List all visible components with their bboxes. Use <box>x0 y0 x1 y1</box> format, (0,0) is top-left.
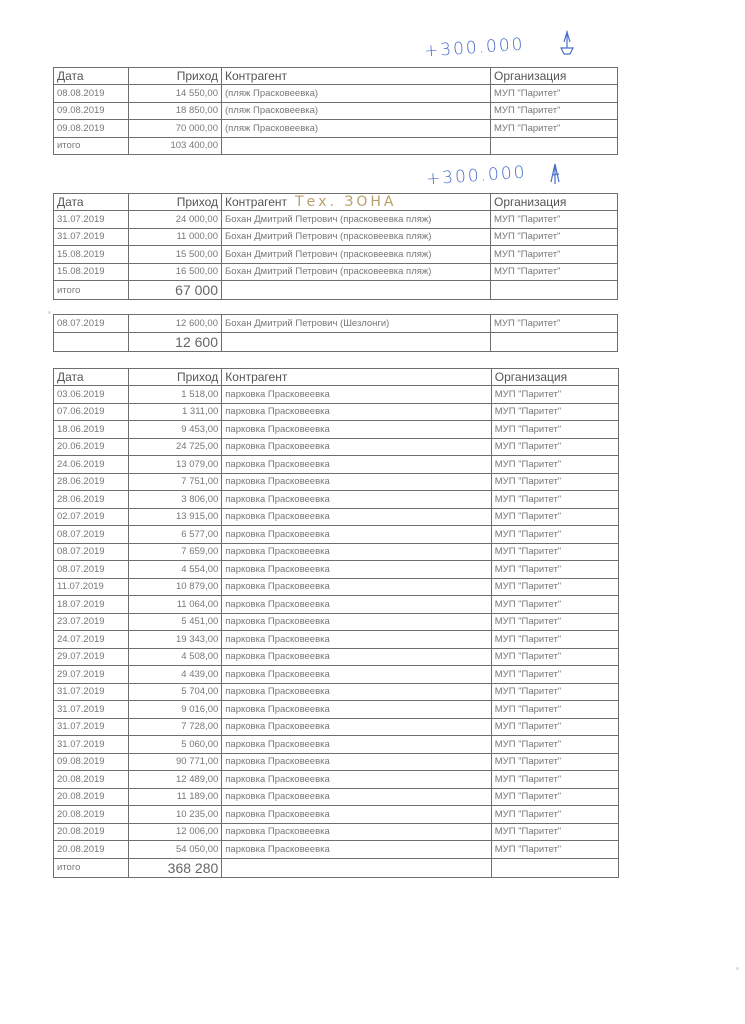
table-row: 28.06.20193 806,00парковка ПрасковеевкаМ… <box>54 491 619 509</box>
cell-organization: МУП "Паритет" <box>491 228 618 246</box>
table-row: 08.07.20197 659,00парковка ПрасковеевкаМ… <box>54 543 619 561</box>
total-label <box>54 332 129 351</box>
cell-organization: МУП "Паритет" <box>491 596 618 614</box>
cell-date: 31.07.2019 <box>54 228 129 246</box>
cell-organization: МУП "Паритет" <box>491 841 618 859</box>
cell-income: 12 600,00 <box>129 315 222 333</box>
cell-organization: МУП "Паритет" <box>491 508 618 526</box>
cell-counterparty: парковка Прасковеевка <box>222 788 491 806</box>
header-counterparty: Контрагент <box>222 369 491 386</box>
scan-speck <box>736 967 739 970</box>
header-date: Дата <box>54 369 129 386</box>
cell-counterparty: парковка Прасковеевка <box>222 613 491 631</box>
handwritten-tech-zone-note: Тех. ЗОНА <box>295 194 396 210</box>
handwritten-note-second: +300.000 <box>425 163 527 190</box>
loungers-income-table: 08.07.201912 600,00Бохан Дмитрий Петрови… <box>53 314 618 352</box>
cell-organization: МУП "Паритет" <box>491 561 618 579</box>
cell-date: 03.06.2019 <box>54 386 129 404</box>
cell-date: 29.07.2019 <box>54 666 129 684</box>
cell-date: 08.07.2019 <box>54 561 129 579</box>
cell-income: 12 006,00 <box>129 823 222 841</box>
beach-income-table: Дата Приход Контрагент Организация 08.08… <box>53 67 618 155</box>
cell-counterparty: парковка Прасковеевка <box>222 771 491 789</box>
cell-organization: МУП "Паритет" <box>491 403 618 421</box>
cell-organization: МУП "Паритет" <box>491 473 618 491</box>
cell-date: 08.07.2019 <box>54 315 129 333</box>
table-row: 24.06.201913 079,00парковка Прасковеевка… <box>54 456 619 474</box>
total-row: итого 368 280 <box>54 858 619 877</box>
header-organization: Организация <box>491 194 618 211</box>
cell-organization: МУП "Паритет" <box>491 315 618 333</box>
cell-date: 18.07.2019 <box>54 596 129 614</box>
cell-income: 4 554,00 <box>129 561 222 579</box>
cell-counterparty: парковка Прасковеевка <box>222 473 491 491</box>
cell-counterparty: парковка Прасковеевка <box>222 736 491 754</box>
table-row: 28.06.20197 751,00парковка ПрасковеевкаМ… <box>54 473 619 491</box>
cell-date: 20.08.2019 <box>54 841 129 859</box>
cell-date: 31.07.2019 <box>54 736 129 754</box>
cell-organization: МУП "Паритет" <box>491 578 618 596</box>
tech-zone-income-table: Дата Приход КонтрагентТех. ЗОНА Организа… <box>53 193 618 300</box>
cell-organization: МУП "Паритет" <box>491 543 618 561</box>
table-row: 24.07.201919 343,00парковка Прасковеевка… <box>54 631 619 649</box>
cell-counterparty: парковка Прасковеевка <box>222 718 491 736</box>
table-row: 20.08.201912 489,00парковка Прасковеевка… <box>54 771 619 789</box>
signature-mark-icon <box>560 30 574 56</box>
table-row: 20.08.201912 006,00парковка Прасковеевка… <box>54 823 619 841</box>
cell-income: 3 806,00 <box>129 491 222 509</box>
header-counterparty: КонтрагентТех. ЗОНА <box>222 194 491 211</box>
table-row: 31.07.20195 704,00парковка ПрасковеевкаМ… <box>54 683 619 701</box>
cell-date: 07.06.2019 <box>54 403 129 421</box>
header-income: Приход <box>129 68 222 85</box>
cell-income: 7 751,00 <box>129 473 222 491</box>
cell-income: 10 879,00 <box>129 578 222 596</box>
cell-organization: МУП "Паритет" <box>491 263 618 281</box>
cell-income: 90 771,00 <box>129 753 222 771</box>
cell-counterparty: парковка Прасковеевка <box>222 386 491 404</box>
table-header: Дата Приход Контрагент Организация <box>54 369 619 386</box>
cell-counterparty: Бохан Дмитрий Петрович (прасковеевка пля… <box>222 228 491 246</box>
cell-organization: МУП "Паритет" <box>491 823 618 841</box>
cell-income: 12 489,00 <box>129 771 222 789</box>
cell-date: 31.07.2019 <box>54 718 129 736</box>
table-row: 15.08.201916 500,00Бохан Дмитрий Петрови… <box>54 263 618 281</box>
cell-income: 1 311,00 <box>129 403 222 421</box>
cell-date: 31.07.2019 <box>54 701 129 719</box>
table-row: 20.08.201910 235,00парковка Прасковеевка… <box>54 806 619 824</box>
cell-counterparty: Бохан Дмитрий Петрович (Шезлонги) <box>222 315 491 333</box>
cell-income: 11 189,00 <box>129 788 222 806</box>
table-row: 31.07.201911 000,00Бохан Дмитрий Петрови… <box>54 228 618 246</box>
cell-organization: МУП "Паритет" <box>491 788 618 806</box>
parking-income-table: Дата Приход Контрагент Организация 03.06… <box>53 368 619 878</box>
header-income: Приход <box>129 369 222 386</box>
cell-income: 5 704,00 <box>129 683 222 701</box>
cell-income: 4 439,00 <box>129 666 222 684</box>
cell-income: 24 725,00 <box>129 438 222 456</box>
total-value: 103 400,00 <box>129 137 222 155</box>
cell-income: 13 079,00 <box>129 456 222 474</box>
table-header: Дата Приход Контрагент Организация <box>54 68 618 85</box>
cell-counterparty: парковка Прасковеевка <box>222 438 491 456</box>
cell-date: 09.08.2019 <box>54 102 129 120</box>
cell-date: 31.07.2019 <box>54 683 129 701</box>
table-row: 23.07.20195 451,00парковка ПрасковеевкаМ… <box>54 613 619 631</box>
cell-counterparty: парковка Прасковеевка <box>222 701 491 719</box>
table-row: 20.08.201911 189,00парковка Прасковеевка… <box>54 788 619 806</box>
cell-date: 18.06.2019 <box>54 421 129 439</box>
table-row: 20.06.201924 725,00парковка Прасковеевка… <box>54 438 619 456</box>
cell-counterparty: парковка Прасковеевка <box>222 491 491 509</box>
cell-organization: МУП "Паритет" <box>491 718 618 736</box>
cell-organization: МУП "Паритет" <box>491 613 618 631</box>
cell-income: 11 000,00 <box>129 228 222 246</box>
cell-organization: МУП "Паритет" <box>491 631 618 649</box>
cell-date: 28.06.2019 <box>54 473 129 491</box>
total-value: 12 600 <box>129 332 222 351</box>
cell-date: 20.06.2019 <box>54 438 129 456</box>
table-row: 03.06.20191 518,00парковка ПрасковеевкаМ… <box>54 386 619 404</box>
cell-date: 23.07.2019 <box>54 613 129 631</box>
cell-counterparty: парковка Прасковеевка <box>222 666 491 684</box>
cell-organization: МУП "Паритет" <box>491 701 618 719</box>
cell-income: 18 850,00 <box>129 102 222 120</box>
table-row: 31.07.201924 000,00Бохан Дмитрий Петрови… <box>54 211 618 229</box>
cell-counterparty: парковка Прасковеевка <box>222 753 491 771</box>
cell-organization: МУП "Паритет" <box>491 246 618 264</box>
cell-date: 09.08.2019 <box>54 120 129 138</box>
cell-organization: МУП "Паритет" <box>491 421 618 439</box>
cell-income: 9 016,00 <box>129 701 222 719</box>
table-row: 11.07.201910 879,00парковка Прасковеевка… <box>54 578 619 596</box>
table-row: 02.07.201913 915,00парковка Прасковеевка… <box>54 508 619 526</box>
cell-date: 15.08.2019 <box>54 246 129 264</box>
cell-counterparty: (пляж Прасковеевка) <box>222 120 491 138</box>
cell-date: 31.07.2019 <box>54 211 129 229</box>
cell-date: 20.08.2019 <box>54 788 129 806</box>
table-row: 09.08.201918 850,00 (пляж Прасковеевка)М… <box>54 102 618 120</box>
table-row: 31.07.20199 016,00парковка ПрасковеевкаМ… <box>54 701 619 719</box>
cell-counterparty: парковка Прасковеевка <box>222 421 491 439</box>
cell-counterparty: парковка Прасковеевка <box>222 508 491 526</box>
cell-date: 11.07.2019 <box>54 578 129 596</box>
table-row: 29.07.20194 508,00парковка ПрасковеевкаМ… <box>54 648 619 666</box>
cell-counterparty: парковка Прасковеевка <box>222 456 491 474</box>
cell-date: 28.06.2019 <box>54 491 129 509</box>
total-value: 67 000 <box>129 281 222 300</box>
cell-date: 08.07.2019 <box>54 543 129 561</box>
scan-speck <box>48 311 51 314</box>
table-row: 31.07.20197 728,00парковка ПрасковеевкаМ… <box>54 718 619 736</box>
cell-income: 54 050,00 <box>129 841 222 859</box>
cell-organization: МУП "Паритет" <box>491 102 618 120</box>
table-row: 08.08.201914 550,00 (пляж Прасковеевка)М… <box>54 85 618 103</box>
cell-income: 4 508,00 <box>129 648 222 666</box>
cell-counterparty: парковка Прасковеевка <box>222 841 491 859</box>
cell-counterparty: парковка Прасковеевка <box>222 403 491 421</box>
cell-date: 29.07.2019 <box>54 648 129 666</box>
cell-organization: МУП "Паритет" <box>491 771 618 789</box>
cell-counterparty: парковка Прасковеевка <box>222 683 491 701</box>
cell-date: 20.08.2019 <box>54 771 129 789</box>
cell-income: 7 728,00 <box>129 718 222 736</box>
total-value: 368 280 <box>129 858 222 877</box>
cell-income: 7 659,00 <box>129 543 222 561</box>
table-row: 20.08.201954 050,00парковка Прасковеевка… <box>54 841 619 859</box>
table-row: 08.07.20196 577,00парковка ПрасковеевкаМ… <box>54 526 619 544</box>
cell-counterparty: (пляж Прасковеевка) <box>222 102 491 120</box>
cell-income: 6 577,00 <box>129 526 222 544</box>
cell-income: 16 500,00 <box>129 263 222 281</box>
cell-organization: МУП "Паритет" <box>491 753 618 771</box>
header-date: Дата <box>54 68 129 85</box>
cell-income: 14 550,00 <box>129 85 222 103</box>
cell-counterparty: парковка Прасковеевка <box>222 806 491 824</box>
cell-income: 19 343,00 <box>129 631 222 649</box>
table-row: 09.08.201970 000,00 (пляж Прасковеевка)М… <box>54 120 618 138</box>
cell-counterparty: (пляж Прасковеевка) <box>222 85 491 103</box>
cell-counterparty: парковка Прасковеевка <box>222 823 491 841</box>
cell-counterparty: парковка Прасковеевка <box>222 631 491 649</box>
total-row: итого 103 400,00 <box>54 137 618 155</box>
cell-income: 5 451,00 <box>129 613 222 631</box>
cell-organization: МУП "Паритет" <box>491 120 618 138</box>
table-row: 07.06.20191 311,00парковка ПрасковеевкаМ… <box>54 403 619 421</box>
cell-counterparty: Бохан Дмитрий Петрович (прасковеевка пля… <box>222 211 491 229</box>
cell-organization: МУП "Паритет" <box>491 491 618 509</box>
cell-date: 24.07.2019 <box>54 631 129 649</box>
header-income: Приход <box>129 194 222 211</box>
header-counterparty: Контрагент <box>222 68 491 85</box>
cell-organization: МУП "Паритет" <box>491 386 618 404</box>
cell-counterparty: парковка Прасковеевка <box>222 648 491 666</box>
header-counterparty-label: Контрагент <box>225 195 287 209</box>
cell-date: 09.08.2019 <box>54 753 129 771</box>
total-label: итого <box>54 858 129 877</box>
cell-organization: МУП "Паритет" <box>491 648 618 666</box>
table-row: 31.07.20195 060,00парковка ПрасковеевкаМ… <box>54 736 619 754</box>
cell-counterparty: парковка Прасковеевка <box>222 526 491 544</box>
cell-income: 11 064,00 <box>129 596 222 614</box>
table-row: 08.07.201912 600,00Бохан Дмитрий Петрови… <box>54 315 618 333</box>
cell-counterparty: парковка Прасковеевка <box>222 596 491 614</box>
cell-organization: МУП "Паритет" <box>491 211 618 229</box>
cell-income: 70 000,00 <box>129 120 222 138</box>
cell-organization: МУП "Паритет" <box>491 526 618 544</box>
cell-date: 02.07.2019 <box>54 508 129 526</box>
cell-organization: МУП "Паритет" <box>491 736 618 754</box>
signature-mark-icon <box>548 160 562 186</box>
cell-organization: МУП "Паритет" <box>491 806 618 824</box>
cell-counterparty: парковка Прасковеевка <box>222 578 491 596</box>
cell-income: 1 518,00 <box>129 386 222 404</box>
cell-organization: МУП "Паритет" <box>491 456 618 474</box>
header-organization: Организация <box>491 369 618 386</box>
table-row: 29.07.20194 439,00парковка ПрасковеевкаМ… <box>54 666 619 684</box>
table-row: 18.07.201911 064,00парковка Прасковеевка… <box>54 596 619 614</box>
total-label: итого <box>54 137 129 155</box>
cell-date: 20.08.2019 <box>54 823 129 841</box>
table-row: 09.08.201990 771,00парковка Прасковеевка… <box>54 753 619 771</box>
table-row: 18.06.20199 453,00парковка ПрасковеевкаМ… <box>54 421 619 439</box>
cell-income: 10 235,00 <box>129 806 222 824</box>
cell-organization: МУП "Паритет" <box>491 683 618 701</box>
cell-date: 08.07.2019 <box>54 526 129 544</box>
cell-counterparty: Бохан Дмитрий Петрович (прасковеевка пля… <box>222 246 491 264</box>
cell-counterparty: парковка Прасковеевка <box>222 543 491 561</box>
handwritten-note-top: +300.000 <box>423 35 525 62</box>
cell-income: 9 453,00 <box>129 421 222 439</box>
cell-income: 13 915,00 <box>129 508 222 526</box>
cell-date: 15.08.2019 <box>54 263 129 281</box>
header-organization: Организация <box>491 68 618 85</box>
cell-organization: МУП "Паритет" <box>491 85 618 103</box>
table-row: 15.08.201915 500,00Бохан Дмитрий Петрови… <box>54 246 618 264</box>
cell-organization: МУП "Паритет" <box>491 438 618 456</box>
cell-organization: МУП "Паритет" <box>491 666 618 684</box>
header-date: Дата <box>54 194 129 211</box>
table-header: Дата Приход КонтрагентТех. ЗОНА Организа… <box>54 194 618 211</box>
total-row: 12 600 <box>54 332 618 351</box>
cell-income: 15 500,00 <box>129 246 222 264</box>
cell-date: 08.08.2019 <box>54 85 129 103</box>
cell-date: 24.06.2019 <box>54 456 129 474</box>
table-row: 08.07.20194 554,00парковка ПрасковеевкаМ… <box>54 561 619 579</box>
cell-income: 5 060,00 <box>129 736 222 754</box>
cell-date: 20.08.2019 <box>54 806 129 824</box>
cell-income: 24 000,00 <box>129 211 222 229</box>
cell-counterparty: парковка Прасковеевка <box>222 561 491 579</box>
cell-counterparty: Бохан Дмитрий Петрович (прасковеевка пля… <box>222 263 491 281</box>
total-label: итого <box>54 281 129 300</box>
total-row: итого 67 000 <box>54 281 618 300</box>
